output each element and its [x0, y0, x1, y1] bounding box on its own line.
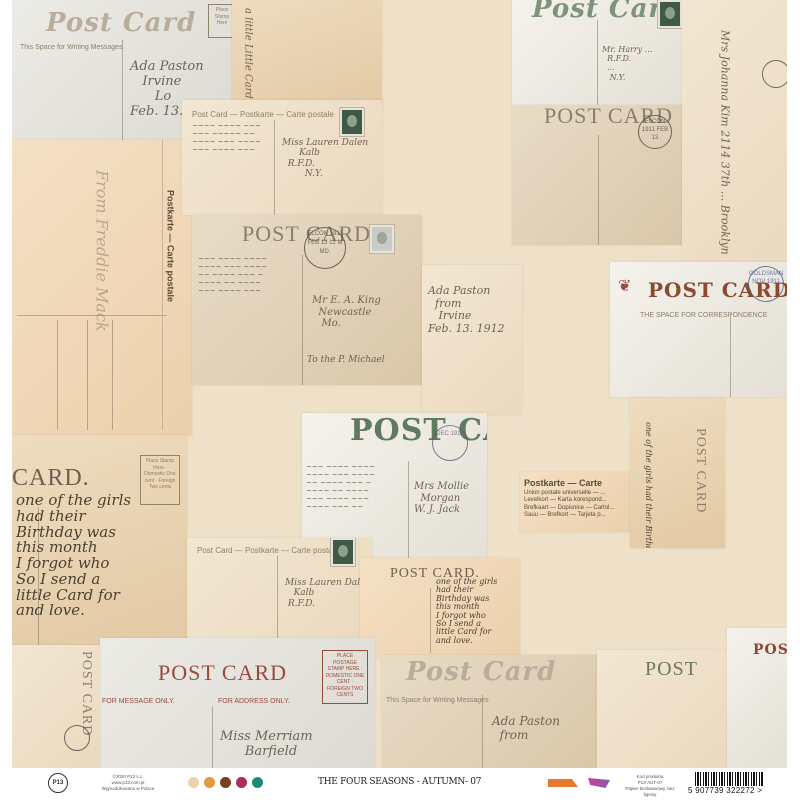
- address-caption: FOR ADDRESS ONLY.: [218, 698, 290, 705]
- card-address: Ada Paston from Irvine Feb. 13. 1912: [428, 285, 505, 336]
- postcard-left-large: From Freddie Mack Postkarte — Carte post…: [12, 140, 192, 435]
- postcard-bottom-right-red: POST: [727, 628, 787, 768]
- card-caption: THE SPACE FOR CORRESPONDENCE: [640, 312, 767, 319]
- postcard-red: POST CARD FOR MESSAGE ONLY. FOR ADDRESS …: [100, 638, 375, 768]
- card-title: CARD.: [12, 465, 90, 492]
- color-swatch: [204, 777, 215, 788]
- card-title: Post Card: [46, 8, 196, 38]
- postmark: ELCON 1911 FEB 13 12 M MD.: [304, 227, 346, 269]
- card-title: Post Card — Postkarte — Carte postale: [197, 546, 339, 555]
- stamp-icon: [370, 225, 394, 253]
- card-subtext: To the P. Michael: [307, 355, 385, 365]
- color-swatch: [236, 777, 247, 788]
- postcard-ada-3: Post Card This Space for Writing Message…: [382, 655, 597, 768]
- barcode: [695, 772, 763, 786]
- orange-brush-icon: [548, 779, 578, 787]
- postmark: [762, 60, 787, 88]
- barcode-number: 5 907739 322272 >: [688, 786, 762, 795]
- card-caption: This Space for Writing Messages: [386, 697, 489, 704]
- card-address: Miss Lauren Dalen Kalb R.F.D. N.Y.: [282, 138, 368, 179]
- card-handwriting: a little Little Card for you and love: [242, 8, 254, 108]
- postcard-birthday-2: POST CARD. one of the girls had their Bi…: [360, 558, 520, 658]
- color-swatch: [252, 777, 263, 788]
- postcard-ada-2: Ada Paston from Irvine Feb. 13. 1912: [422, 265, 522, 415]
- postkarte-text: Postkarte — CarteUnion postale universel…: [524, 478, 614, 520]
- stamp-icon: [331, 538, 355, 566]
- postcard-right-vertical: Mrs Johanna Kim 2114 37th ... Brooklyn: [682, 0, 787, 265]
- color-swatch: [220, 777, 231, 788]
- product-footer: P13 ©2020 P13 s.c. www.p13.com.pl Wyprod…: [0, 768, 800, 800]
- card-handwriting: Mrs Johanna Kim 2114 37th ... Brooklyn: [718, 30, 731, 255]
- postcard-bottom-right-green: POST: [597, 650, 727, 768]
- postmark: [64, 725, 90, 751]
- stamp-icon: [340, 108, 364, 136]
- postmark: ELCON 1911 FEB 13: [638, 115, 672, 149]
- card-address: Ada Paston from: [492, 715, 560, 743]
- postcard-green-center: POST CARD DEC 1910 Mrs Mollie Morgan W. …: [302, 413, 487, 558]
- card-handwriting: one of the girls had their Birthday was …: [436, 578, 497, 645]
- postcard-birthday: CARD. Place Stamp Here · Domestic One ce…: [12, 435, 187, 645]
- card-title: POST: [753, 642, 787, 658]
- stamp-box: PLACE POSTAGE STAMP HERE · DOMESTIC ONE …: [322, 650, 368, 704]
- card-title: POST CARD: [158, 660, 287, 686]
- stamp-box: Place Stamp Here: [208, 4, 232, 38]
- postmark: GOLDSMAN NOV 1911: [748, 266, 784, 302]
- card-address: Mr. Harry ... R.F.D. ... N.Y.: [602, 45, 652, 82]
- color-swatch: [188, 777, 199, 788]
- product-info: Kod produktu P13-AUT-07 Papier bezkwasow…: [620, 774, 680, 797]
- copyright-text: ©2020 P13 s.c. www.p13.com.pl Wyprodukow…: [98, 774, 158, 792]
- card-title: POST: [645, 658, 698, 681]
- card-address: Mrs Mollie Morgan W. J. Jack: [414, 481, 469, 516]
- collection-title: THE FOUR SEASONS - AUTUMN- 07: [318, 777, 481, 787]
- postkarte-vertical-text: Postkarte — Carte postale: [164, 190, 175, 302]
- stamp-box: Place Stamp Here · Domestic One cent · F…: [140, 455, 180, 505]
- pink-brush-icon: [588, 778, 610, 788]
- postcard-top-right-sepia: POST CARD ELCON 1911 FEB 13: [512, 105, 682, 245]
- postcard-carte-postale: Post Card — Postkarte — Carte postale Mi…: [182, 100, 382, 215]
- postcard-top-right-green: Post Card Mr. Harry ... R.F.D. ... N.Y.: [512, 0, 682, 105]
- postkarte-block: Postkarte — CarteUnion postale universel…: [520, 472, 630, 532]
- postcard-collage-sheet: Post Card This Space for Writing Message…: [12, 0, 787, 768]
- postcard-vertical-tan: POST CARD one of the girls had their Bir…: [630, 398, 725, 548]
- card-caption: This Space for Writing Messages: [20, 44, 123, 51]
- card-handwriting: From Freddie Mack: [92, 170, 110, 332]
- color-swatches: [188, 777, 263, 788]
- eagle-emblem-icon: ❦: [618, 276, 631, 296]
- card-title: Post Card: [406, 657, 556, 687]
- brand-logo: P13: [48, 773, 68, 793]
- card-address: Mr E. A. King Newcastle Mo.: [312, 295, 381, 330]
- card-handwriting: one of the girls had their Birthday was …: [16, 493, 131, 619]
- message-caption: FOR MESSAGE ONLY.: [102, 698, 175, 705]
- card-address: Miss Merriam Barfield: [220, 730, 313, 760]
- card-address: Miss Lauren Dalen Kalb R.F.D.: [285, 578, 371, 609]
- postcard-note-top: a little Little Card for you and love: [232, 0, 382, 108]
- postcard-goldsman: ❦ POST CARD THE SPACE FOR CORRESPONDENCE…: [610, 262, 787, 397]
- postcard-carte-postale-2: Post Card — Postkarte — Carte postale Mi…: [187, 538, 372, 643]
- postcard-elcon: POST CARD ELCON 1911 FEB 13 12 M MD. Mr …: [192, 215, 422, 385]
- card-title: Post Card — Postkarte — Carte postale: [192, 110, 334, 119]
- postmark: DEC 1910: [432, 425, 468, 461]
- stamp-icon: [658, 0, 682, 28]
- postcard-bottom-left: POST CARD: [12, 645, 100, 768]
